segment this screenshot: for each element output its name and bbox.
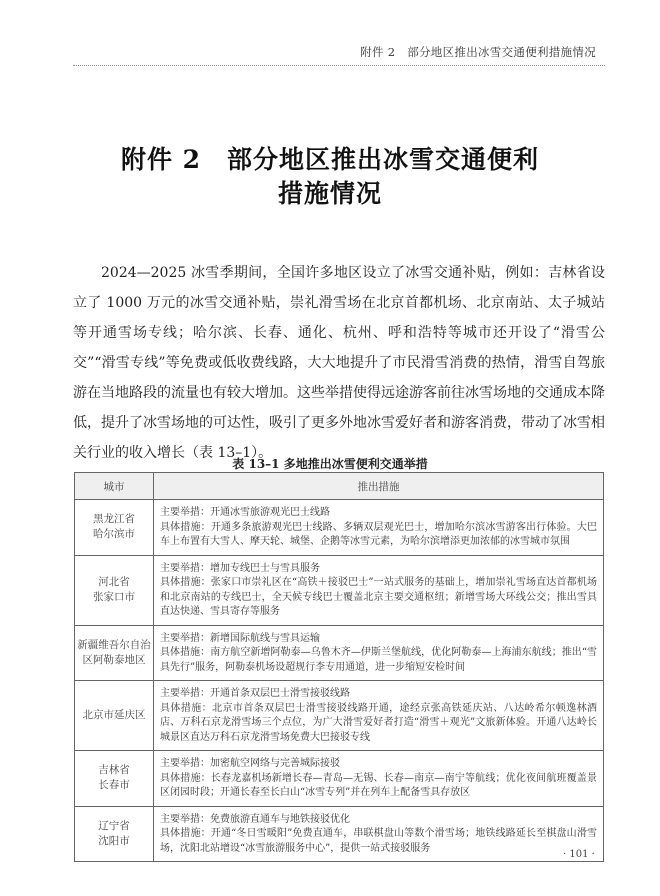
table-caption: 表 13–1 多地推出冰雪便利交通举措 — [0, 455, 660, 472]
measures-cell: 主要举措：新增国际航线与雪具运输具体措施：南方航空新增阿勒泰—乌鲁木齐—伊斯兰堡… — [154, 625, 604, 681]
table-row: 黑龙江省哈尔滨市主要举措：开通冰雪旅游观光巴士线路具体措施：开通多条旅游观光巴士… — [75, 500, 604, 556]
header-city: 城市 — [75, 473, 154, 500]
specific-measures: 具体措施：开通“冬日雪暖阳”免费直通车，串联棋盘山等数个滑雪场；地铁线路延长至棋… — [160, 827, 597, 856]
title-line-2: 措施情况 — [0, 177, 660, 211]
table-row: 河北省张家口市主要举措：增加专线巴士与雪具服务具体措施：张家口市崇礼区在“高铁＋… — [75, 555, 604, 625]
body-paragraph: 2024—2025 冰雪季期间，全国许多地区设立了冰雪交通补贴，例如：吉林省设立… — [73, 258, 605, 468]
table-row: 吉林省长春市主要举措：加密航空网络与完善城际接驳具体措施：长春龙嘉机场新增长春—… — [75, 751, 604, 807]
main-measure: 主要举措：新增国际航线与雪具运输 — [160, 632, 597, 647]
specific-measures: 具体措施：北京市首条双层巴士滑雪接驳线路开通，途经京张高铁延庆站、八达岭希尔顿逸… — [160, 702, 597, 746]
city-cell: 新疆维吾尔自治区阿勒泰地区 — [75, 625, 154, 681]
specific-measures: 具体措施：长春龙嘉机场新增长春—青岛—无锡、长春—南京—南宁等航线；优化夜间航班… — [160, 772, 597, 801]
running-head: 附件 2 部分地区推出冰雪交通便利措施情况 — [360, 44, 596, 60]
table-header-row: 城市 推出措施 — [75, 473, 604, 500]
specific-measures: 具体措施：南方航空新增阿勒泰—乌鲁木齐—伊斯兰堡航线，优化阿勒泰—上海浦东航线；… — [160, 646, 597, 675]
table-row: 新疆维吾尔自治区阿勒泰地区主要举措：新增国际航线与雪具运输具体措施：南方航空新增… — [75, 625, 604, 681]
main-measure: 主要举措：开通冰雪旅游观光巴士线路 — [160, 506, 597, 521]
specific-measures: 具体措施：张家口市崇礼区在“高铁＋接驳巴士”一站式服务的基础上，增加崇礼雪场直达… — [160, 576, 597, 620]
city-cell: 黑龙江省哈尔滨市 — [75, 500, 154, 556]
main-measure: 主要举措：免费旅游直通车与地铁接驳优化 — [160, 813, 597, 828]
measures-cell: 主要举措：增加专线巴士与雪具服务具体措施：张家口市崇礼区在“高铁＋接驳巴士”一站… — [154, 555, 604, 625]
measures-table: 城市 推出措施 黑龙江省哈尔滨市主要举措：开通冰雪旅游观光巴士线路具体措施：开通… — [74, 472, 604, 862]
measures-cell: 主要举措：开通首条双层巴士滑雪接驳线路具体措施：北京市首条双层巴士滑雪接驳线路开… — [154, 681, 604, 751]
city-cell: 河北省张家口市 — [75, 555, 154, 625]
city-cell: 辽宁省沈阳市 — [75, 806, 154, 862]
title-line-1: 附件 2 部分地区推出冰雪交通便利 — [0, 143, 660, 177]
page-number: · 101 · — [563, 849, 595, 860]
measures-cell: 主要举措：加密航空网络与完善城际接驳具体措施：长春龙嘉机场新增长春—青岛—无锡、… — [154, 751, 604, 807]
main-measure: 主要举措：增加专线巴士与雪具服务 — [160, 562, 597, 577]
header-dotted-rule — [73, 65, 605, 66]
city-cell: 北京市延庆区 — [75, 681, 154, 751]
measures-cell: 主要举措：免费旅游直通车与地铁接驳优化具体措施：开通“冬日雪暖阳”免费直通车，串… — [154, 806, 604, 862]
body-text: 2024—2025 冰雪季期间，全国许多地区设立了冰雪交通补贴，例如：吉林省设立… — [73, 258, 605, 468]
table-row: 辽宁省沈阳市主要举措：免费旅游直通车与地铁接驳优化具体措施：开通“冬日雪暖阳”免… — [75, 806, 604, 862]
table-row: 北京市延庆区主要举措：开通首条双层巴士滑雪接驳线路具体措施：北京市首条双层巴士滑… — [75, 681, 604, 751]
main-measure: 主要举措：开通首条双层巴士滑雪接驳线路 — [160, 687, 597, 702]
measures-cell: 主要举措：开通冰雪旅游观光巴士线路具体措施：开通多条旅游观光巴士线路、多辆双层观… — [154, 500, 604, 556]
specific-measures: 具体措施：开通多条旅游观光巴士线路、多辆双层观光巴士，增加哈尔滨冰雪游客出行体验… — [160, 521, 597, 550]
main-measure: 主要举措：加密航空网络与完善城际接驳 — [160, 757, 597, 772]
city-cell: 吉林省长春市 — [75, 751, 154, 807]
header-measures: 推出措施 — [154, 473, 604, 500]
page-title: 附件 2 部分地区推出冰雪交通便利 措施情况 — [0, 143, 660, 211]
